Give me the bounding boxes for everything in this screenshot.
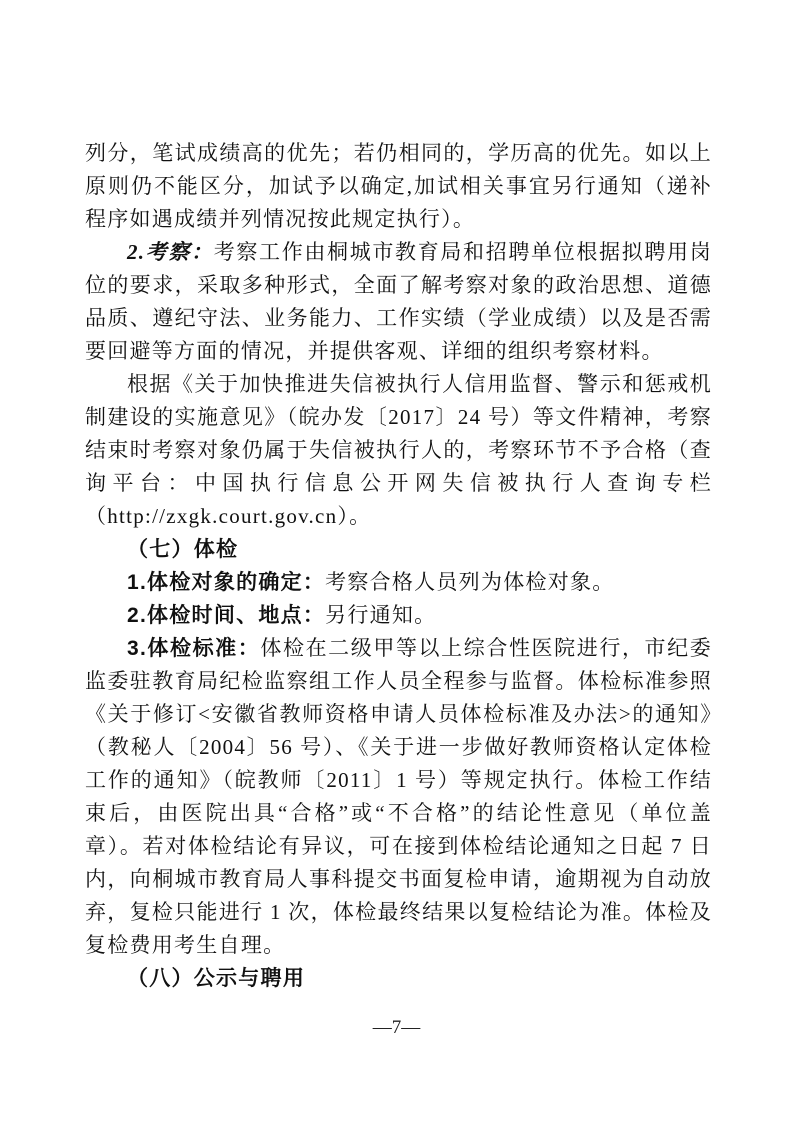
paragraph-lead: 3.体检标准： (127, 637, 260, 660)
section-heading-physical-exam: （七）体检 (85, 533, 712, 566)
paragraph-tie-break-rules: 列分，笔试成绩高的优先；若仍相同的，学历高的优先。如以上原则仍不能区分，加试予以… (85, 137, 712, 236)
page-footer: —7— (0, 1016, 793, 1040)
paragraph-exam-time-place: 2.体检时间、地点：另行通知。 (85, 599, 712, 632)
paragraph-inspection: 2.考察：考察工作由桐城市教育局和招聘单位根据拟聘用岗位的要求，采取多种形式，全… (85, 236, 712, 368)
paragraph-text: 体检在二级甲等以上综合性医院进行，市纪委监委驻教育局纪检监察组工作人员全程参与监… (85, 636, 712, 957)
paragraph-lead: 2.考察： (127, 240, 214, 264)
paragraph-lead: 1.体检对象的确定： (127, 571, 325, 594)
document-page: 列分，笔试成绩高的优先；若仍相同的，学历高的优先。如以上原则仍不能区分，加试予以… (0, 0, 793, 1122)
paragraph-text: 另行通知。 (325, 603, 436, 627)
paragraph-lead: 2.体检时间、地点： (127, 604, 325, 627)
paragraph-exam-standard: 3.体检标准：体检在二级甲等以上综合性医院进行，市纪委监委驻教育局纪检监察组工作… (85, 632, 712, 962)
document-body: 列分，笔试成绩高的优先；若仍相同的，学历高的优先。如以上原则仍不能区分，加试予以… (85, 137, 712, 995)
page-number: —7— (373, 1017, 421, 1038)
paragraph-dishonesty-check: 根据《关于加快推进失信被执行人信用监督、警示和惩戒机制建设的实施意见》（皖办发〔… (85, 368, 712, 533)
section-heading-publicity-employment: （八）公示与聘用 (85, 962, 712, 995)
paragraph-exam-subjects: 1.体检对象的确定：考察合格人员列为体检对象。 (85, 566, 712, 599)
paragraph-text: 考察合格人员列为体检对象。 (325, 570, 614, 594)
paragraph-text: 根据《关于加快推进失信被执行人信用监督、警示和惩戒机制建设的实施意见》（皖办发〔… (85, 372, 712, 528)
paragraph-text: 列分，笔试成绩高的优先；若仍相同的，学历高的优先。如以上原则仍不能区分，加试予以… (85, 141, 712, 231)
